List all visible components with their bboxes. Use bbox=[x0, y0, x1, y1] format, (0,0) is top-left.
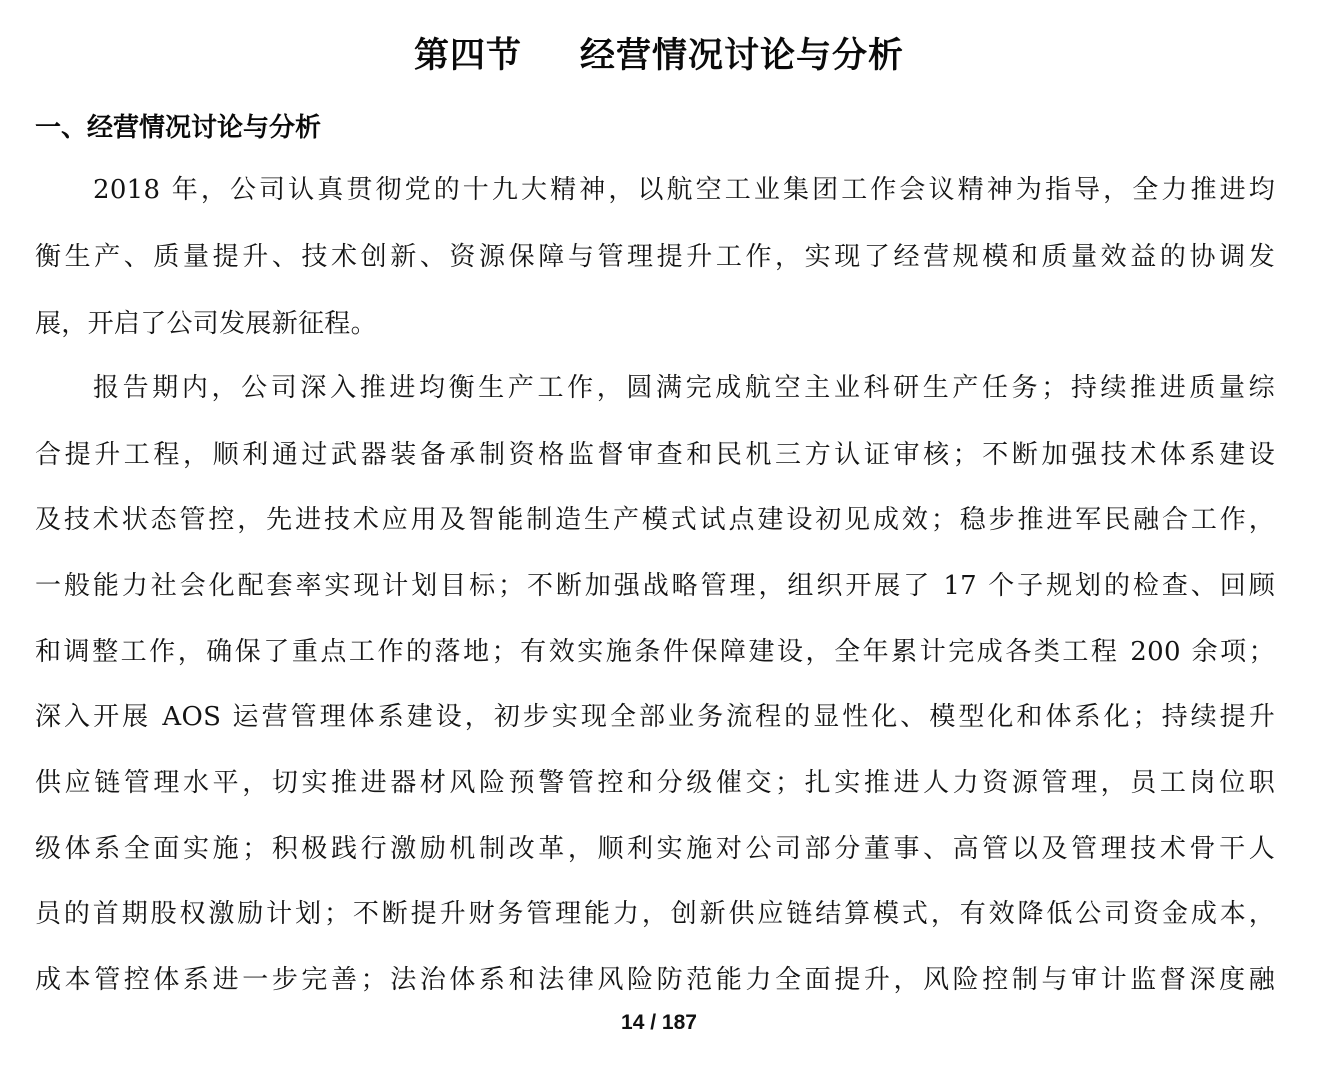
paragraph-line: 合提升工程，顺利通过武器装备承制资格监督审查和民机三方认证审核；不断加强技术体系… bbox=[35, 435, 1275, 475]
section-number: 第四节 bbox=[414, 36, 522, 76]
paragraph-line: 和调整工作，确保了重点工作的落地；有效实施条件保障建设，全年累计完成各类工程 2… bbox=[35, 632, 1275, 672]
paragraph-line: 深入开展 AOS 运营管理体系建设，初步实现全部业务流程的显性化、模型化和体系化… bbox=[35, 697, 1275, 737]
paragraph-line: 成本管控体系进一步完善；法治体系和法律风险防范能力全面提升，风险控制与审计监督深… bbox=[35, 960, 1275, 1000]
paragraph-line: 展，开启了公司发展新征程。 bbox=[35, 304, 1275, 344]
subheading: 一、经营情况讨论与分析 bbox=[35, 106, 321, 150]
document-page: 第四节经营情况讨论与分析 一、经营情况讨论与分析 2018 年，公司认真贯彻党的… bbox=[0, 0, 1318, 1067]
paragraph-line: 员的首期股权激励计划；不断提升财务管理能力，创新供应链结算模式，有效降低公司资金… bbox=[35, 894, 1275, 934]
paragraph-line: 供应链管理水平，切实推进器材风险预警管控和分级催交；扎实推进人力资源管理，员工岗… bbox=[35, 763, 1275, 803]
section-title: 第四节经营情况讨论与分析 bbox=[0, 28, 1318, 84]
paragraph-line: 一般能力社会化配套率实现计划目标；不断加强战略管理，组织开展了 17 个子规划的… bbox=[35, 566, 1275, 606]
paragraph-line: 级体系全面实施；积极践行激励机制改革，顺利实施对公司部分董事、高管以及管理技术骨… bbox=[35, 829, 1275, 869]
paragraph-line: 报告期内，公司深入推进均衡生产工作，圆满完成航空主业科研生产任务；持续推进质量综 bbox=[93, 368, 1275, 408]
paragraph-line: 衡生产、质量提升、技术创新、资源保障与管理提升工作，实现了经营规模和质量效益的协… bbox=[35, 237, 1275, 277]
paragraph-line: 及技术状态管控，先进技术应用及智能制造生产模式试点建设初见成效；稳步推进军民融合… bbox=[35, 500, 1275, 540]
paragraph-line: 2018 年，公司认真贯彻党的十九大精神，以航空工业集团工作会议精神为指导，全力… bbox=[93, 170, 1275, 210]
page-number: 14 / 187 bbox=[0, 1008, 1318, 1038]
section-title-text: 经营情况讨论与分析 bbox=[580, 36, 904, 76]
